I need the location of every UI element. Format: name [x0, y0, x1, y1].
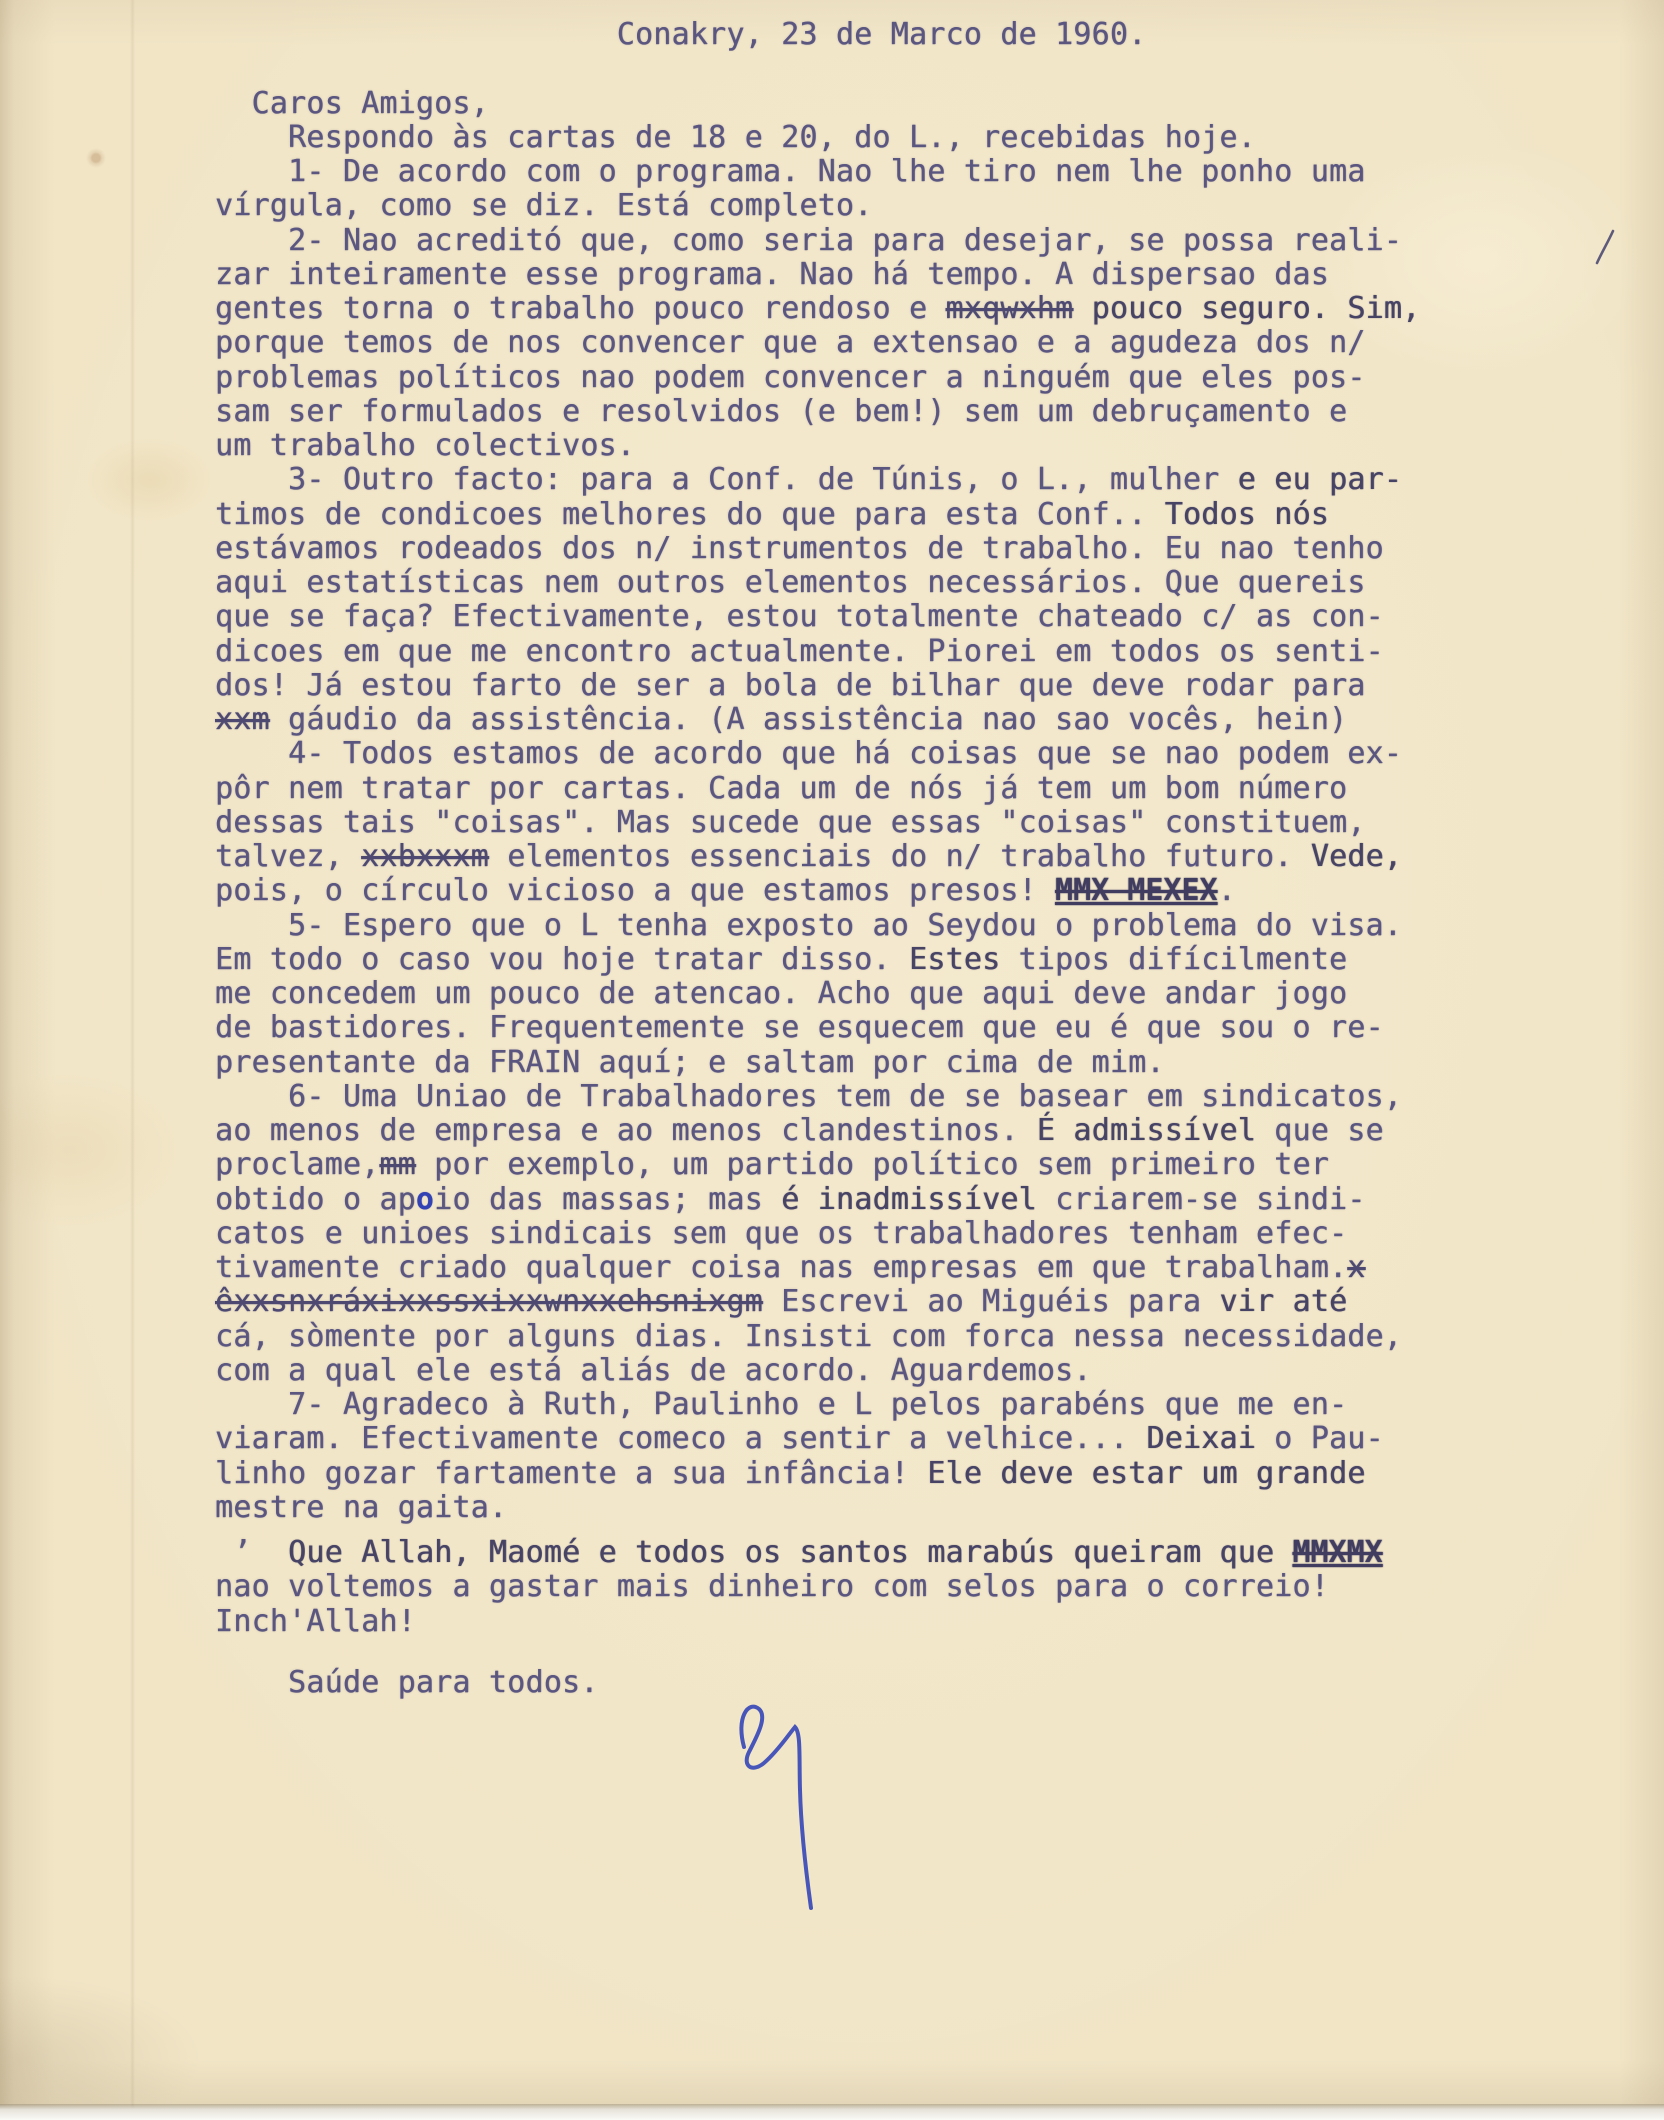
pen-tick: [1597, 231, 1613, 263]
ink-overlay: [0, 0, 1664, 2120]
page-bottom-edge: [0, 2104, 1664, 2120]
letter-page: Conakry, 23 de Marco de 1960. Caros Amig…: [0, 0, 1664, 2120]
pen-squiggle: [741, 1707, 811, 1908]
